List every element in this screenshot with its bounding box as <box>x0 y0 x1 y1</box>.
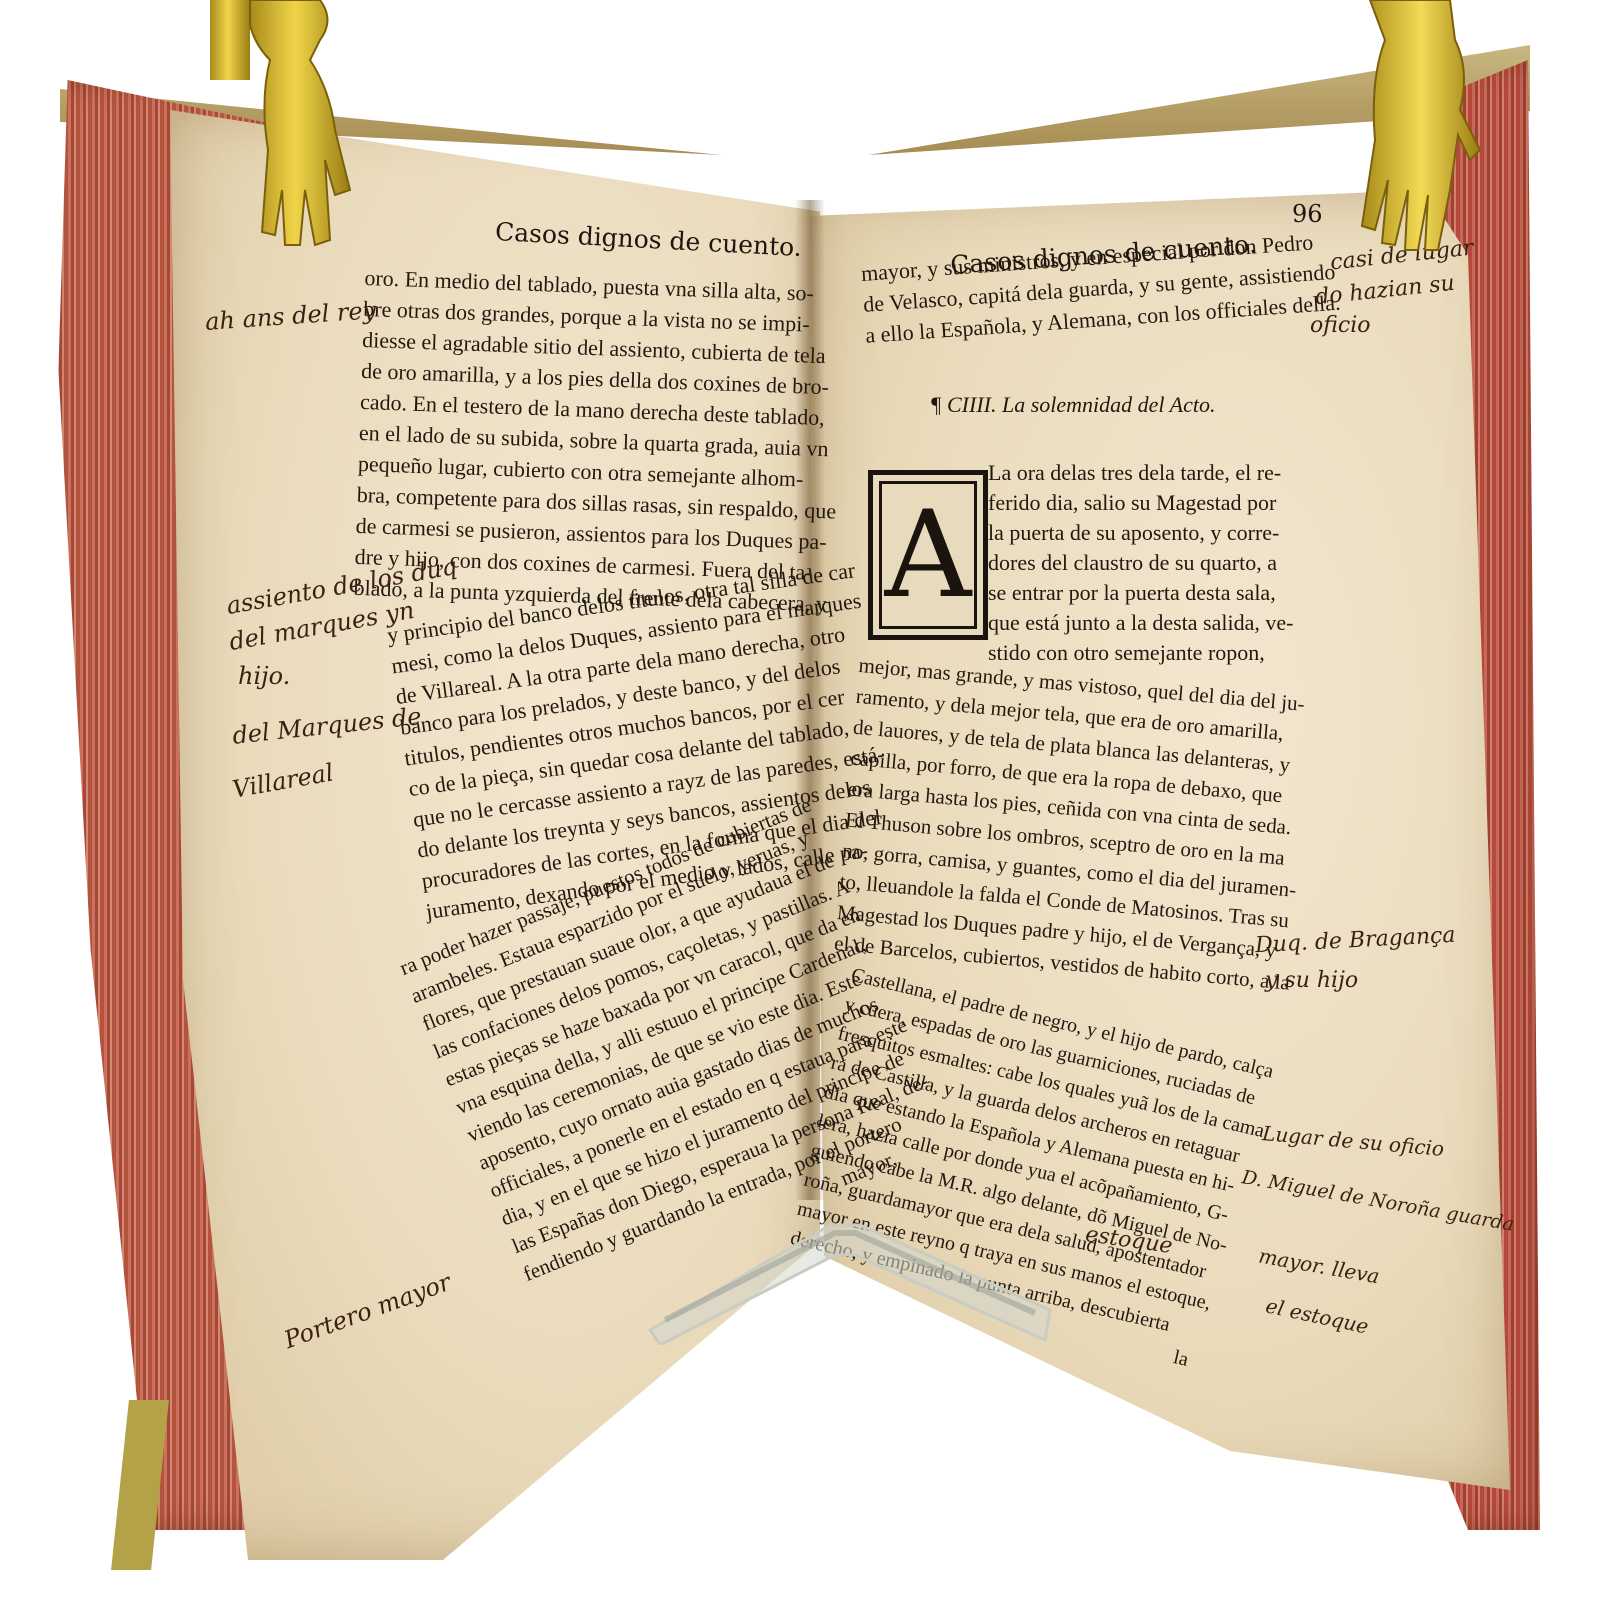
decorated-initial: A <box>868 470 988 640</box>
manuscript-note: oficio <box>1310 300 1371 352</box>
text-line: se entrar por la puerta desta sala, <box>988 578 1293 608</box>
text-line: dores del claustro de su quarto, a <box>988 548 1293 578</box>
text-line: ferido dia, salio su Magestad por <box>988 488 1293 518</box>
text-line: La ora delas tres dela tarde, el re- <box>988 458 1293 488</box>
right-page-text-body: mejor, mas grande, y mas vistoso, quel d… <box>833 650 1315 999</box>
text-line: la puerta de su aposento, y corre- <box>988 518 1293 548</box>
brass-hand-clip-left <box>200 0 400 280</box>
page-number: 96 <box>1292 200 1323 228</box>
acrylic-book-stand <box>640 1215 1060 1345</box>
hand-clip-icon <box>1330 0 1490 260</box>
text-line: stido con otro semejante ropon, <box>988 638 1293 668</box>
manuscript-note: hijo. <box>238 650 290 702</box>
text-line: que está junto a la desta salida, ve- <box>988 608 1293 638</box>
right-page-text-dropcap: La ora delas tres dela tarde, el re- fer… <box>988 458 1293 668</box>
manuscript-note: y su hijo <box>1265 955 1358 1007</box>
photo-scene: Casos dignos de cuento. oro. En medio de… <box>0 0 1600 1600</box>
brass-hand-clip-right <box>1330 0 1490 260</box>
section-heading: ¶ CIIII. La solemnidad del Acto. <box>930 392 1215 418</box>
hand-clip-icon <box>200 0 400 280</box>
